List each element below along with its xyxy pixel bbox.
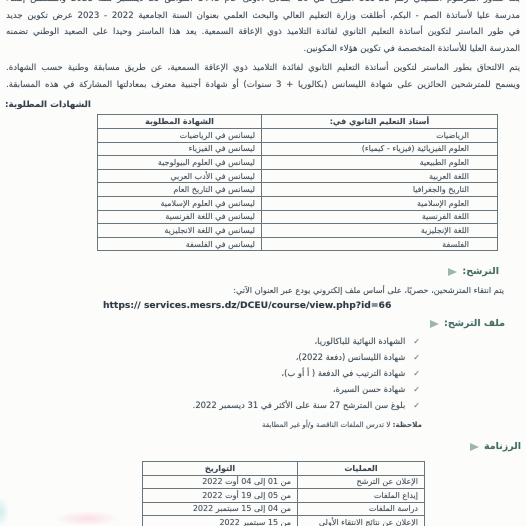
- check-icon: ✓: [413, 398, 420, 414]
- arrow-marker-icon: [470, 443, 479, 451]
- application-url: https:// services.mesrs.dz/DCEU/course/v…: [103, 300, 391, 311]
- dates-cell: من 01 إلى 04 أوت 2022: [143, 475, 298, 489]
- intro-line: بعد صدور المرسوم التنفيذي رقم 21-315 الم…: [6, 0, 520, 8]
- degree-cell: ليسانس في الرياضيات: [98, 129, 262, 143]
- checklist-item: ✓ بلوغ سن المترشح 27 سنة على الأكثر في 3…: [193, 397, 420, 413]
- subject-cell: اللغة الفرنسية: [262, 210, 498, 224]
- table-row: التاريخ والجغرافيا ليسانس في التاريخ الع…: [98, 183, 498, 197]
- degree-cell: ليسانس في العلوم الإسلامية: [98, 196, 262, 210]
- table-row: الفلسفة ليسانس في الفلسفة: [98, 237, 498, 251]
- degree-cell: ليسانس في العلوم البيولوجية: [98, 156, 262, 170]
- dates-cell: من 04 إلى 15 سبتمبر 2022: [143, 502, 298, 516]
- arrow-marker-icon: [430, 320, 439, 328]
- note-label: ملاحظة:: [393, 420, 422, 429]
- checklist-item-text: شهادة حسن السيرة،: [333, 381, 405, 397]
- operation-cell: إيداع الملفات: [298, 489, 425, 503]
- table-row: العلوم الفيزيائية (فيزياء - كيمياء) ليسا…: [98, 142, 498, 156]
- dates-cell: من 05 إلى 19 أوت 2022: [143, 489, 298, 503]
- check-icon: ✓: [413, 350, 420, 366]
- subject-cell: التاريخ والجغرافيا: [262, 183, 498, 197]
- table-row: العلوم الإسلامية ليسانس في العلوم الإسلا…: [98, 196, 498, 210]
- file-heading-label: ملف الترشح:: [444, 317, 505, 330]
- operation-cell: الإعلان عن نتائج الانتقاء الأولي: [298, 516, 425, 526]
- subject-cell: اللغة العربية: [262, 169, 498, 183]
- note-text: لا تدرس الملفات الناقصة و/أو غير المطابق…: [262, 420, 390, 429]
- degree-cell: ليسانس في اللغة الانجليزية: [98, 224, 262, 238]
- degree-cell: ليسانس في اللغة الفرنسية: [98, 210, 262, 224]
- application-file-heading: ملف الترشح:: [430, 317, 505, 330]
- calendar-row: إيداع الملفات من 05 إلى 19 أوت 2022: [143, 489, 425, 503]
- intro-line: في طور الماستر لتكوين أساتذة التعليم الث…: [6, 24, 520, 41]
- check-icon: ✓: [413, 382, 420, 398]
- checklist-item-text: شهادة الترتيب في الدفعة ( أ أو ب)،: [281, 365, 405, 381]
- table-row: اللغة العربية ليسانس في الأدب العربي: [98, 169, 498, 183]
- subject-cell: اللغة الإنجليزية: [262, 224, 498, 238]
- admission-paragraph: يتم الالتحاق بطور الماستر لتكوين أساتذة …: [6, 60, 520, 93]
- table-row: اللغة الإنجليزية ليسانس في اللغة الانجلي…: [98, 224, 498, 238]
- calendar-row: دراسة الملفات من 04 إلى 15 سبتمبر 2022: [143, 502, 425, 516]
- header-cell-operations: العمليات: [298, 462, 425, 476]
- degree-cell: ليسانس في التاريخ العام: [98, 183, 262, 197]
- operation-cell: دراسة الملفات: [298, 502, 425, 516]
- degree-cell: ليسانس في الفيزياء: [98, 142, 262, 156]
- arrow-marker-icon: [448, 268, 457, 276]
- calendar-row: الإعلان عن الترشح من 01 إلى 04 أوت 2022: [143, 475, 425, 489]
- subject-cell: العلوم الفيزيائية (فيزياء - كيمياء): [262, 142, 498, 156]
- subject-cell: الفلسفة: [262, 237, 498, 251]
- header-cell-degree: الشهادة المطلوبة: [98, 115, 262, 129]
- candidacy-heading-label: الترشح:: [462, 265, 499, 278]
- certificates-table-header: أستاذ التعليم الثانوي في: الشهادة المطلو…: [98, 115, 498, 129]
- check-icon: ✓: [413, 334, 420, 350]
- checklist-item: ✓ شهادة الليسانس (دفعة 2022)،: [193, 349, 420, 365]
- subject-cell: العلوم الإسلامية: [262, 196, 498, 210]
- table-row: اللغة الفرنسية ليسانس في اللغة الفرنسية: [98, 210, 498, 224]
- admission-line: يتم الالتحاق بطور الماستر لتكوين أساتذة …: [6, 60, 520, 77]
- calendar-table-header: العمليات التواريخ: [143, 462, 425, 476]
- required-certificates-heading: الشهادات المطلوبة:: [5, 100, 91, 110]
- candidacy-instruction: يتم انتقاء المترشحين، حصريًا، على أساس م…: [10, 285, 504, 295]
- calendar-heading-label: الرزنامة: [484, 440, 521, 453]
- intro-paragraph: بعد صدور المرسوم التنفيذي رقم 21-315 الم…: [6, 0, 520, 57]
- calendar-heading: الرزنامة: [470, 440, 521, 453]
- checklist-item: ✓ الشهادة النهائية للباكالوريا،: [193, 333, 420, 349]
- table-row: الرياضيات ليسانس في الرياضيات: [98, 129, 498, 143]
- application-file-checklist: ✓ الشهادة النهائية للباكالوريا، ✓ شهادة …: [193, 333, 420, 413]
- checklist-item: ✓ شهادة الترتيب في الدفعة ( أ أو ب)،: [193, 365, 420, 381]
- intro-line: مدرسة عليا لأساتذة الصم - البكم، أطلقت و…: [6, 8, 520, 25]
- document-page: بعد صدور المرسوم التنفيذي رقم 21-315 الم…: [0, 0, 526, 526]
- certificates-table: أستاذ التعليم الثانوي في: الشهادة المطلو…: [97, 114, 498, 251]
- checklist-item-text: شهادة الليسانس (دفعة 2022)،: [296, 349, 406, 365]
- candidacy-section-heading: الترشح:: [448, 265, 499, 278]
- checklist-item-text: الشهادة النهائية للباكالوريا،: [314, 333, 405, 349]
- note: ملاحظة: لا تدرس الملفات الناقصة و/أو غير…: [262, 420, 422, 429]
- admission-line: ويسمح للمترشحين الحائزين على شهادة الليس…: [6, 77, 520, 94]
- operation-cell: الإعلان عن الترشح: [298, 475, 425, 489]
- table-row: العلوم الطبيعية ليسانس في العلوم البيولو…: [98, 156, 498, 170]
- subject-cell: الرياضيات: [262, 129, 498, 143]
- degree-cell: ليسانس في الأدب العربي: [98, 169, 262, 183]
- degree-cell: ليسانس في الفلسفة: [98, 237, 262, 251]
- intro-line: المدرسة العليا للأساتذة المتخصصة في تكوي…: [6, 41, 520, 58]
- subject-cell: العلوم الطبيعية: [262, 156, 498, 170]
- header-cell-dates: التواريخ: [143, 462, 298, 476]
- header-cell-subject: أستاذ التعليم الثانوي في:: [262, 115, 498, 129]
- checklist-item-text: بلوغ سن المترشح 27 سنة على الأكثر في 31 …: [193, 397, 406, 413]
- check-icon: ✓: [413, 366, 420, 382]
- checklist-item: ✓ شهادة حسن السيرة،: [193, 381, 420, 397]
- scan-smudge: [55, 511, 119, 526]
- scan-smudge: [0, 498, 9, 526]
- dates-cell: من 15 سبتمبر 2022: [143, 516, 298, 526]
- calendar-row: الإعلان عن نتائج الانتقاء الأولي من 15 س…: [143, 516, 425, 526]
- calendar-table: العمليات التواريخ الإعلان عن الترشح من 0…: [142, 461, 425, 526]
